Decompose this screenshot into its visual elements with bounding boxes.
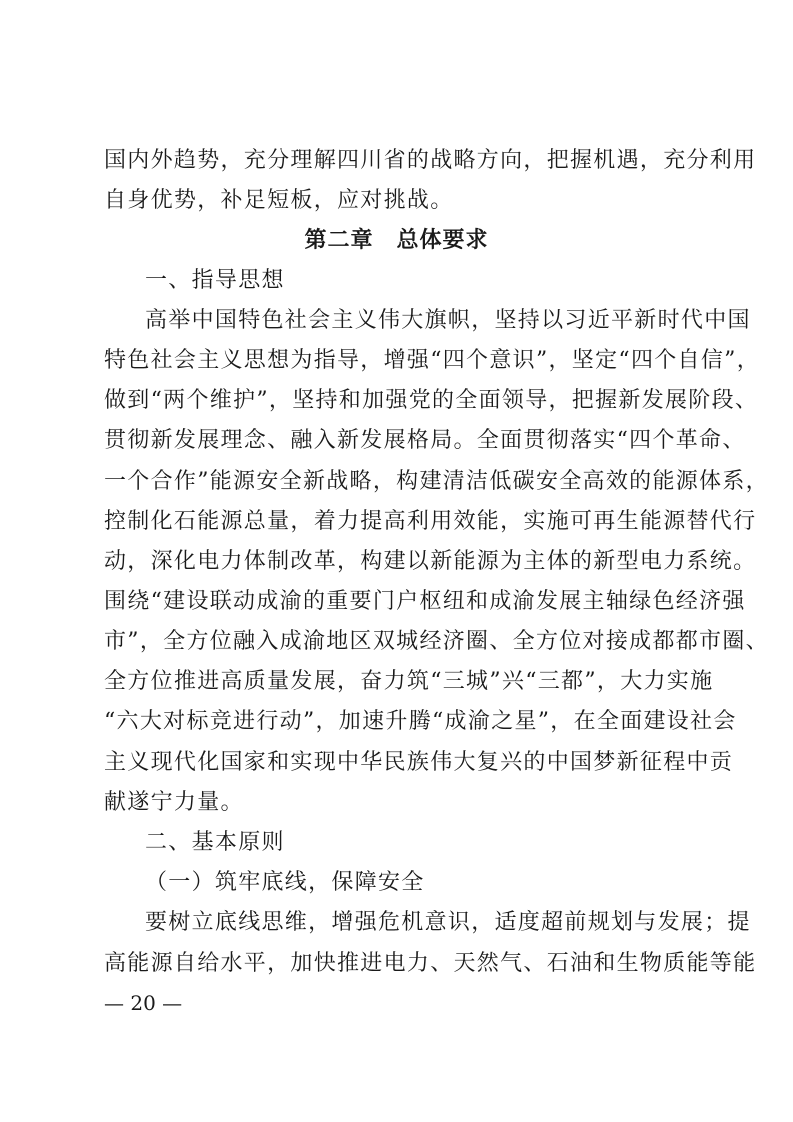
paragraph-line: 贯彻新发展理念、融入新发展格局。全面贯彻落实“四个革命、 xyxy=(104,421,690,461)
document-page: 国内外趋势，充分理解四川省的战略方向，把握机遇，充分利用 自身优势，补足短板，应… xyxy=(0,0,793,1122)
paragraph-line: 特色社会主义思想为指导，增强“四个意识”，坚定“四个自信”， xyxy=(104,341,690,381)
page-number: — 20 — xyxy=(104,988,182,1018)
paragraph-line: 全方位推进高质量发展，奋力筑“三城”兴“三都”，大力实施 xyxy=(104,662,690,702)
paragraph-line: 主义现代化国家和实现中华民族伟大复兴的中国梦新征程中贡 xyxy=(104,743,690,783)
chapter-title: 第二章 总体要求 xyxy=(0,221,793,261)
section-heading: 一、指导思想 xyxy=(145,261,690,301)
paragraph-line: 控制化石能源总量，着力提高利用效能，实施可再生能源替代行 xyxy=(104,502,690,542)
text-line: 自身优势，补足短板，应对挑战。 xyxy=(104,181,690,221)
paragraph-line: 动，深化电力体制改革，构建以新能源为主体的新型电力系统。 xyxy=(104,542,690,582)
paragraph-line: 做到“两个维护”，坚持和加强党的全面领导，把握新发展阶段、 xyxy=(104,381,690,421)
paragraph-line: 高能源自给水平，加快推进电力、天然气、石油和生物质能等能 xyxy=(104,944,690,984)
paragraph-line: 高举中国特色社会主义伟大旗帜，坚持以习近平新时代中国 xyxy=(145,301,690,341)
paragraph-line: 要树立底线思维，增强危机意识，适度超前规划与发展；提 xyxy=(145,903,690,943)
paragraph-line: 一个合作”能源安全新战略，构建清洁低碳安全高效的能源体系， xyxy=(104,462,690,502)
subsection-heading: （一）筑牢底线，保障安全 xyxy=(145,863,690,903)
paragraph-line: 市”，全方位融入成渝地区双城经济圈、全方位对接成都都市圈、 xyxy=(104,622,690,662)
text-line: 国内外趋势，充分理解四川省的战略方向，把握机遇，充分利用 xyxy=(104,141,690,181)
paragraph-line: “六大对标竞进行动”，加速升腾“成渝之星”，在全面建设社会 xyxy=(104,702,690,742)
paragraph-line: 献遂宁力量。 xyxy=(104,783,690,823)
section-heading: 二、基本原则 xyxy=(145,823,690,863)
paragraph-line: 围绕“建设联动成渝的重要门户枢纽和成渝发展主轴绿色经济强 xyxy=(104,582,690,622)
